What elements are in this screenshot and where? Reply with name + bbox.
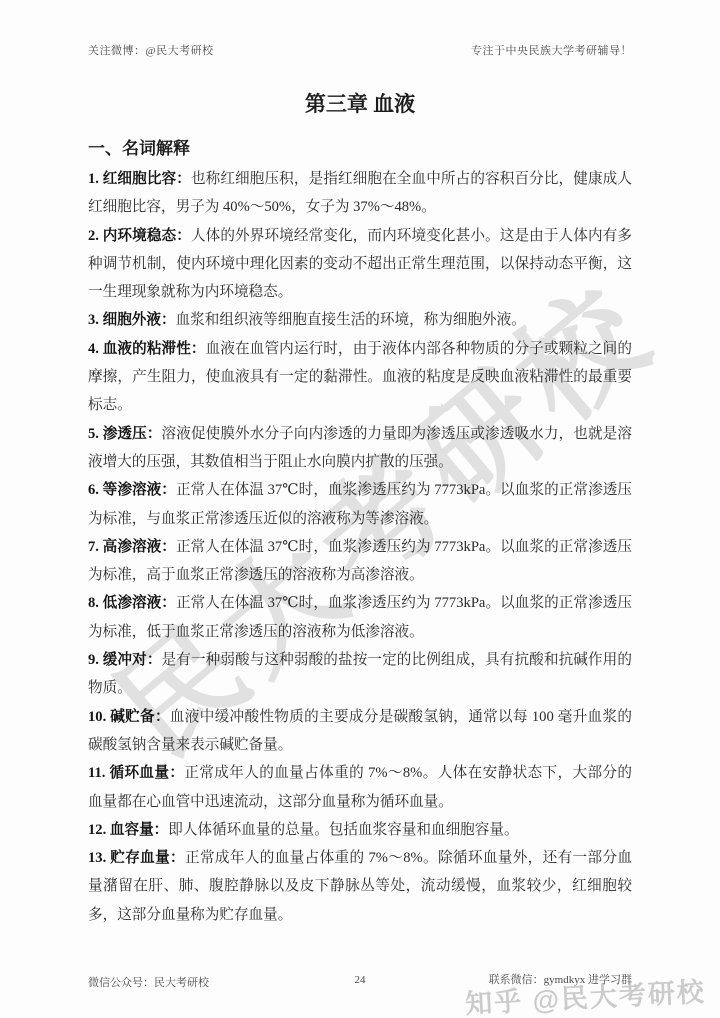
term-label: 13. 贮存血量： <box>88 850 185 866</box>
term-definition: 即人体循环血量的总量。包括血浆容量和血细胞容量。 <box>168 822 518 838</box>
definition-item-9: 9. 缓冲对：是有一种弱酸与这种弱酸的盐按一定的比例组成，具有抗酸和抗碱作用的物… <box>88 646 632 703</box>
term-label: 7. 高渗溶液： <box>88 539 176 555</box>
section-heading: 一、名词解释 <box>88 134 632 159</box>
term-label: 5. 渗透压： <box>88 426 162 442</box>
term-label: 9. 缓冲对： <box>88 652 162 668</box>
definition-item-11: 11. 循环血量：正常成年人的血量占体重的 7%～8%。人体在安静状态下，大部分… <box>88 759 632 816</box>
definition-item-6: 6. 等渗溶液：正常人在体温 37℃时，血浆渗透压约为 7773kPa。以血浆的… <box>88 476 632 533</box>
term-definition: 溶液促使膜外水分子向内渗透的力量即为渗透压或渗透吸水力，也就是溶液增大的压强，其… <box>88 426 632 470</box>
definition-item-8: 8. 低渗溶液：正常人在体温 37℃时，血浆渗透压约为 7773kPa。以血浆的… <box>88 589 632 646</box>
document-page: 民大考研校 关注微博：@民大考研校 专注于中央民族大学考研辅导！ 第三章 血液 … <box>0 0 720 1018</box>
definition-item-10: 10. 碱贮备：血液中缓冲酸性物质的主要成分是碳酸氢钠，通常以每 100 毫升血… <box>88 703 632 760</box>
term-label: 10. 碱贮备： <box>88 709 170 725</box>
page-content: 第三章 血液 一、名词解释 1. 红细胞比容：也称红细胞压积，是指红细胞在全血中… <box>0 0 720 929</box>
footer-left-text: 微信公众号：民大考研校 <box>88 974 209 990</box>
definition-item-7: 7. 高渗溶液：正常人在体温 37℃时，血浆渗透压约为 7773kPa。以血浆的… <box>88 533 632 590</box>
term-label: 11. 循环血量： <box>88 765 184 781</box>
footer-right-text: 联系微信：gymdkyx 进学习群 <box>489 971 632 987</box>
term-label: 4. 血液的粘滞性： <box>88 341 206 357</box>
definition-item-2: 2. 内环境稳态：人体的外界环境经常变化，而内环境变化甚小。这是由于人体内有多种… <box>88 222 632 307</box>
definition-item-12: 12. 血容量：即人体循环血量的总量。包括血浆容量和血细胞容量。 <box>88 816 632 844</box>
term-definition: 血液中缓冲酸性物质的主要成分是碳酸氢钠，通常以每 100 毫升血浆的碳酸氢钠含量… <box>88 709 632 753</box>
footer-page-number: 24 <box>355 974 366 986</box>
term-label: 8. 低渗溶液： <box>88 595 176 611</box>
term-label: 6. 等渗溶液： <box>88 482 176 498</box>
term-definition: 是有一种弱酸与这种弱酸的盐按一定的比例组成，具有抗酸和抗碱作用的物质。 <box>88 652 632 696</box>
term-label: 1. 红细胞比容： <box>88 171 191 187</box>
definition-item-5: 5. 渗透压：溶液促使膜外水分子向内渗透的力量即为渗透压或渗透吸水力，也就是溶液… <box>88 420 632 477</box>
definition-item-1: 1. 红细胞比容：也称红细胞压积，是指红细胞在全血中所占的容积百分比，健康成人红… <box>88 165 632 222</box>
term-label: 3. 细胞外液： <box>88 312 176 328</box>
definition-item-13: 13. 贮存血量：正常成年人的血量占体重的 7%～8%。除循环血量外，还有一部分… <box>88 844 632 929</box>
term-definition: 血浆和组织液等细胞直接生活的环境，称为细胞外液。 <box>176 312 526 328</box>
chapter-title: 第三章 血液 <box>88 88 632 118</box>
term-label: 2. 内环境稳态： <box>88 228 191 244</box>
term-label: 12. 血容量： <box>88 822 168 838</box>
definition-item-3: 3. 细胞外液：血浆和组织液等细胞直接生活的环境，称为细胞外液。 <box>88 306 632 334</box>
definition-item-4: 4. 血液的粘滞性：血液在血管内运行时，由于液体内部各种物质的分子或颗粒之间的摩… <box>88 335 632 420</box>
